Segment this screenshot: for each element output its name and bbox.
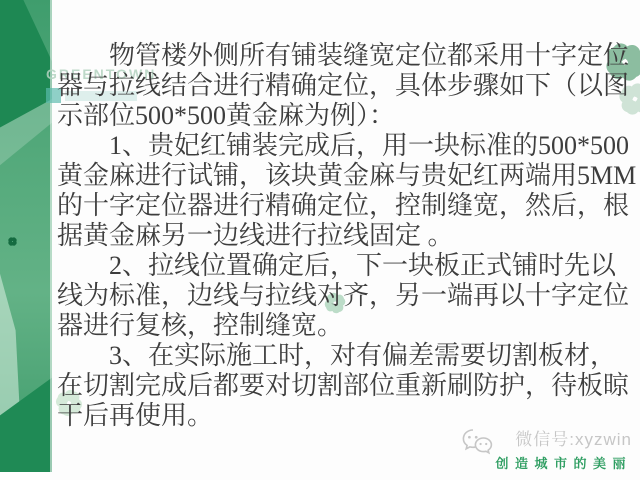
text-line: 器进行复核，控制缝宽。 [57, 311, 639, 341]
clover-icon [6, 235, 19, 248]
slide-canvas: GREENTOWN 物管楼外侧所有铺装缝宽定位都采用十字定位器与拉线结合进行精确… [0, 0, 640, 480]
text-line: 线为标准，边线与拉线对齐，另一端再以十字定位 [57, 281, 639, 311]
text-line: 的十字定位器进行精确定位，控制缝宽，然后，根 [57, 191, 639, 221]
text-line: 器与拉线结合进行精确定位，具体步骤如下（以图 [57, 71, 639, 101]
text-line: 1、贵妃红铺装完成后，用一块标准的500*500 [57, 131, 639, 161]
text-line: 干后再使用。 [57, 401, 639, 431]
wechat-icon [461, 427, 493, 457]
text-line: 2、拉线位置确定后，下一块板正式铺时先以 [57, 251, 639, 281]
footer: 微信号:xyzwin 创造城市的美丽 [461, 425, 632, 472]
slogan-label: 创造城市的美丽 [495, 453, 632, 472]
slide-text: 物管楼外侧所有铺装缝宽定位都采用十字定位器与拉线结合进行精确定位，具体步骤如下（… [57, 41, 639, 431]
text-line: 据黄金麻另一边线进行拉线固定 。 [57, 221, 639, 251]
text-line: 在切割完成后都要对切割部位重新刷防护，待板晾 [57, 371, 639, 401]
text-line: 黄金麻进行试铺，该块黄金麻与贵妃红两端用5MM [57, 161, 639, 191]
text-line: 物管楼外侧所有铺装缝宽定位都采用十字定位 [57, 41, 639, 71]
text-line: 3、在实际施工时，对有偏差需要切割板材， [57, 341, 639, 371]
footer-labels: 微信号:xyzwin 创造城市的美丽 [495, 425, 632, 472]
text-line: 示部位500*500黄金麻为例）： [57, 101, 639, 131]
